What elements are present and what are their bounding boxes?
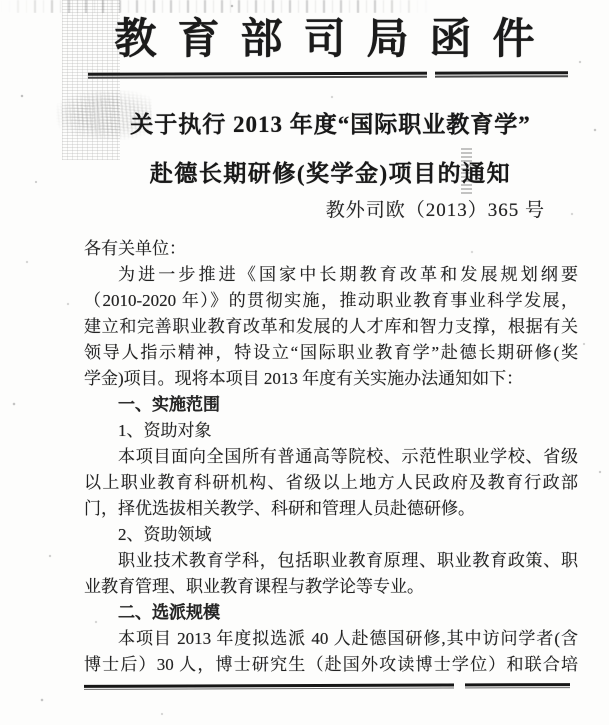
body-line: 2、资助领域	[84, 522, 578, 548]
body-line: （2010-2020 年）》的贯彻实施，推动职业教育事业科学发展，	[84, 288, 578, 314]
letterhead-rule	[88, 71, 568, 79]
body-line: 本项目面向全国所有普通高等院校、示范性职业学校、省级	[84, 444, 578, 470]
document-title: 关于执行 2013 年度“国际职业教育学” 赴德长期研修(奖学金)项目的通知	[26, 106, 609, 188]
footer-rule-gap	[454, 682, 465, 689]
document-number: 教外司欧（2013）365 号	[326, 195, 545, 222]
body-line: 学金)项目。现将本项目 2013 年度有关实施办法通知如下：	[84, 366, 578, 392]
body-line: 博士后）30 人，博士研究生（赴国外攻读博士学位）和联合培	[84, 652, 578, 678]
document-title-line2: 赴德长期研修(奖学金)项目的通知	[26, 155, 609, 188]
body-line: 领导人指示精神，特设立“国际职业教育学”赴德长期研修(奖	[84, 340, 578, 366]
body-line: 职业技术教育学科，包括职业教育原理、职业教育政策、职	[84, 548, 578, 574]
body-text: 各有关单位：为进一步推进《国家中长期教育改革和发展规划纲要（2010-2020 …	[84, 236, 578, 678]
letterhead-title: 教育部司局函件	[20, 6, 609, 66]
scanned-document-page: 教育部司局函件 关于执行 2013 年度“国际职业教育学” 赴德长期研修(奖学金…	[0, 0, 609, 725]
body-line: 1、资助对象	[84, 418, 578, 444]
body-line: 以上职业教育科研机构、省级以上地方人民政府及教育行政部	[84, 470, 578, 496]
body-line: 门，择优选拔相关教学、科研和管理人员赴德研修。	[84, 496, 578, 522]
body-line: 二、选派规模	[84, 600, 578, 626]
body-line: 建立和完善职业教育改革和发展的人才库和智力支撑，根据有关	[84, 314, 578, 340]
body-line: 各有关单位：	[84, 236, 578, 262]
body-line: 一、实施范围	[84, 392, 578, 418]
footer-rule	[84, 683, 570, 690]
body-line: 业教育管理、职业教育课程与教学论等专业。	[84, 574, 578, 600]
document-title-line1: 关于执行 2013 年度“国际职业教育学”	[26, 106, 609, 139]
body-line: 本项目 2013 年度拟选派 40 人赴德国研修,其中访问学者(含	[84, 626, 578, 652]
letterhead-rule-gap	[427, 71, 435, 80]
body-line: 为进一步推进《国家中长期教育改革和发展规划纲要	[84, 262, 578, 288]
letterhead-rule-thin	[88, 75, 568, 79]
